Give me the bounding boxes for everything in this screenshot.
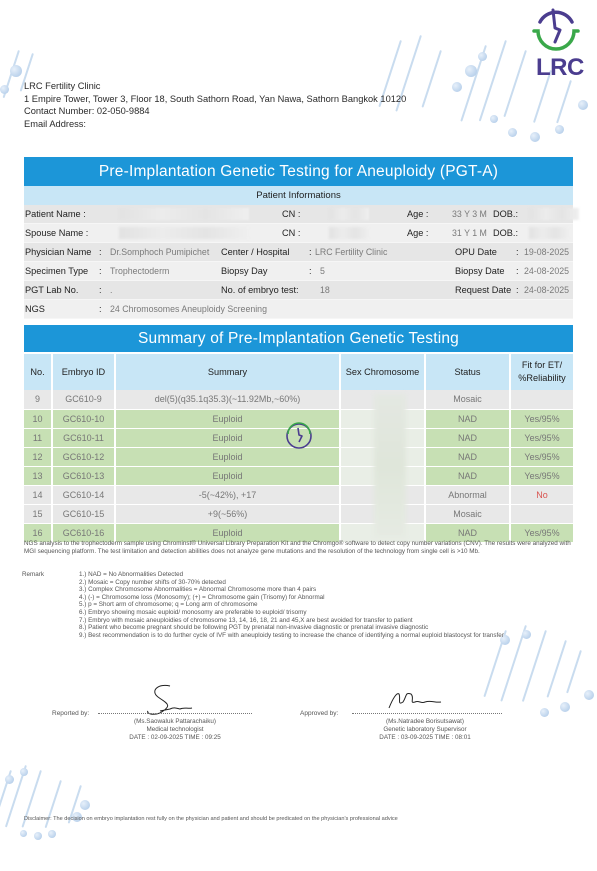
center-name: LRC Fertility Clinic: [315, 243, 387, 262]
patient-dob-redacted: [529, 208, 579, 220]
spouse-dob-redacted: [529, 227, 569, 239]
lab-no-label: PGT Lab No.: [25, 281, 78, 300]
approver-signature-line: [352, 713, 502, 714]
opu-date-label: OPU Date: [455, 243, 497, 262]
physician-name: Dr.Somphoch Pumipichet: [110, 243, 209, 262]
center-label: Center / Hospital: [221, 243, 289, 262]
biopsy-day: 5: [320, 262, 325, 281]
embryo-id: GC610-14: [52, 485, 115, 504]
request-date-colon: :: [516, 281, 519, 300]
lab-no: .: [110, 281, 112, 300]
summary-title: Summary of Pre-Implantation Genetic Test…: [24, 325, 573, 352]
remark-item: 5.) p = Short arm of chromosome; q = Lon…: [79, 601, 584, 609]
fit-for-et: Yes/95%: [510, 409, 573, 428]
embryo-id: GC610-10: [52, 409, 115, 428]
reported-by-label: Reported by:: [52, 710, 89, 717]
lab-row: PGT Lab No. : . No. of embryo test: 18 R…: [24, 281, 573, 300]
embryo-status: NAD: [425, 447, 510, 466]
clinic-name: LRC Fertility Clinic: [24, 80, 406, 93]
col-embryo-id: Embryo ID: [52, 353, 115, 390]
remark-item: 3.) Complex Chromosome Abnormalities = A…: [79, 586, 584, 594]
summary-row: 15GC610-15+9(~56%)Mosaic: [24, 504, 573, 523]
summary-row: 9GC610-9del(5)(q35.1q35.3)(~11.92Mb,~60%…: [24, 390, 573, 409]
sex-chromosome-redacted: [374, 394, 406, 538]
spouse-cn-label: CN :: [282, 224, 300, 243]
specimen-row: Specimen Type : Trophectoderm Biopsy Day…: [24, 262, 573, 281]
embryo-no: 10: [24, 409, 52, 428]
remark-item: 4.) (-) = Chromosome loss (Monosomy); (+…: [79, 594, 584, 602]
col-sex-chromosome: Sex Chromosome: [340, 353, 425, 390]
embryo-id: GC610-12: [52, 447, 115, 466]
biopsy-date: 24-08-2025: [524, 262, 569, 281]
report-title: Pre-Implantation Genetic Testing for Ane…: [24, 157, 573, 186]
biopsy-date-colon: :: [516, 262, 519, 281]
spouse-name-label: Spouse Name :: [25, 224, 88, 243]
embryo-no: 9: [24, 390, 52, 409]
embryo-status: NAD: [425, 466, 510, 485]
reporter-signature-line: [98, 713, 252, 714]
clinic-email: Email Address:: [24, 118, 406, 131]
spouse-age: 31 Y 1 M: [452, 224, 487, 243]
embryo-id: GC610-13: [52, 466, 115, 485]
center-colon: :: [309, 243, 312, 262]
embryo-id: GC610-9: [52, 390, 115, 409]
reporter-name: (Ms.Saowaluk Pattarachaiku): [85, 718, 265, 726]
summary-header-row: No. Embryo ID Summary Sex Chromosome Sta…: [24, 353, 573, 390]
remark-label: Remark: [22, 571, 44, 578]
clinic-contact: Contact Number: 02-050-9884: [24, 105, 406, 118]
ngs-row: NGS : 24 Chromosomes Aneuploidy Screenin…: [24, 300, 573, 319]
patient-cn-redacted: [329, 208, 369, 220]
lab-no-colon: :: [99, 281, 102, 300]
reporter-signature: [140, 683, 200, 717]
biopsy-date-label: Biopsy Date: [455, 262, 505, 281]
embryo-status: Mosaic: [425, 504, 510, 523]
remark-item: 8.) Patient who become pregnant should b…: [79, 624, 584, 632]
reporter-datetime: DATE : 02-09-2025 TIME : 09:25: [85, 734, 265, 742]
embryo-no: 15: [24, 504, 52, 523]
remark-list: 1.) NAD = No Abnormalities Detected 2.) …: [79, 571, 584, 639]
lrc-watermark-icon: [284, 421, 314, 451]
patient-section-heading: Patient Informations: [24, 186, 573, 205]
embryo-no: 12: [24, 447, 52, 466]
approver-name: (Ms.Natradee Borisutsawat): [335, 718, 515, 726]
physician-row: Physician Name : Dr.Somphoch Pumipichet …: [24, 243, 573, 262]
biopsy-day-label: Biopsy Day: [221, 262, 267, 281]
patient-name-label: Patient Name :: [25, 205, 86, 224]
embryo-status: Abnormal: [425, 485, 510, 504]
specimen-type: Trophectoderm: [110, 262, 169, 281]
embryo-id: GC610-15: [52, 504, 115, 523]
embryo-status: NAD: [425, 409, 510, 428]
spouse-age-label: Age :: [407, 224, 428, 243]
disclaimer: Disclaimer: The decision on embryo impla…: [24, 816, 398, 822]
embryo-no: 11: [24, 428, 52, 447]
reporter-role: Medical technologist: [85, 726, 265, 734]
request-date-label: Request Date: [455, 281, 511, 300]
approver-block: (Ms.Natradee Borisutsawat) Genetic labor…: [335, 718, 515, 742]
summary-row: 13GC610-13EuploidNADYes/95%: [24, 466, 573, 485]
opu-colon: :: [516, 243, 519, 262]
patient-age: 33 Y 3 M: [452, 205, 487, 224]
embryo-count: 18: [320, 281, 330, 300]
col-status: Status: [425, 353, 510, 390]
clinic-address: 1 Empire Tower, Tower 3, Floor 18, South…: [24, 93, 406, 106]
fit-for-et: [510, 504, 573, 523]
fit-for-et: Yes/95%: [510, 466, 573, 485]
clinic-header: LRC Fertility Clinic 1 Empire Tower, Tow…: [24, 80, 406, 130]
embryo-count-label: No. of embryo test:: [221, 281, 299, 300]
reporter-block: (Ms.Saowaluk Pattarachaiku) Medical tech…: [85, 718, 265, 742]
embryo-summary: -5(~42%), +17: [115, 485, 340, 504]
specimen-label: Specimen Type: [25, 262, 88, 281]
lrc-logo-text: LRC: [536, 54, 584, 82]
fit-for-et: [510, 390, 573, 409]
patient-row: Patient Name : CN : Age : 33 Y 3 M DOB.:: [24, 205, 573, 224]
spouse-row: Spouse Name : CN : Age : 31 Y 1 M DOB.:: [24, 224, 573, 243]
remark-item: 6.) Embryo showing mosaic euploid/ monos…: [79, 609, 584, 617]
col-no: No.: [24, 353, 52, 390]
approver-signature: [385, 688, 445, 716]
remark-item: 2.) Mosaic = Copy number shifts of 30-70…: [79, 579, 584, 587]
specimen-colon: :: [99, 262, 102, 281]
approver-datetime: DATE : 03-09-2025 TIME : 08:01: [335, 734, 515, 742]
ngs-value: 24 Chromosomes Aneuploidy Screening: [110, 300, 267, 319]
embryo-id: GC610-11: [52, 428, 115, 447]
patient-name-redacted: [119, 208, 249, 220]
col-summary: Summary: [115, 353, 340, 390]
approved-by-label: Approved by:: [300, 710, 338, 717]
approver-role: Genetic laboratory Supervisor: [335, 726, 515, 734]
patient-age-label: Age :: [407, 205, 428, 224]
embryo-no: 13: [24, 466, 52, 485]
remark-item: 1.) NAD = No Abnormalities Detected: [79, 571, 584, 579]
embryo-summary: Euploid: [115, 466, 340, 485]
biopsy-day-colon: :: [309, 262, 312, 281]
fit-for-et: Yes/95%: [510, 428, 573, 447]
fit-for-et: No: [510, 485, 573, 504]
col-fit: Fit for ET/ %Reliability: [510, 353, 573, 390]
ngs-colon: :: [99, 300, 102, 319]
methodology-notes: NGS analysis to the trophectoderm sample…: [24, 540, 584, 555]
dna-decoration-bottom-left: [0, 760, 140, 840]
opu-date: 19-08-2025: [524, 243, 569, 262]
embryo-status: NAD: [425, 428, 510, 447]
physician-label: Physician Name: [25, 243, 91, 262]
spouse-name-redacted: [119, 227, 249, 239]
fit-for-et: Yes/95%: [510, 447, 573, 466]
patient-info-table: Pre-Implantation Genetic Testing for Ane…: [24, 157, 573, 319]
remark-item: 7.) Embryo with mosaic aneuploidies of c…: [79, 617, 584, 625]
spouse-cn-redacted: [329, 227, 369, 239]
embryo-summary: +9(~56%): [115, 504, 340, 523]
summary-row: 14GC610-14-5(~42%), +17AbnormalNo: [24, 485, 573, 504]
embryo-summary: del(5)(q35.1q35.3)(~11.92Mb,~60%): [115, 390, 340, 409]
patient-dob-label: DOB.:: [493, 205, 518, 224]
patient-cn-label: CN :: [282, 205, 300, 224]
embryo-no: 14: [24, 485, 52, 504]
request-date: 24-08-2025: [524, 281, 569, 300]
ngs-label: NGS: [25, 300, 45, 319]
physician-colon: :: [99, 243, 102, 262]
spouse-dob-label: DOB.:: [493, 224, 518, 243]
remark-item: 9.) Best recommendation is to do further…: [79, 632, 584, 640]
embryo-status: Mosaic: [425, 390, 510, 409]
